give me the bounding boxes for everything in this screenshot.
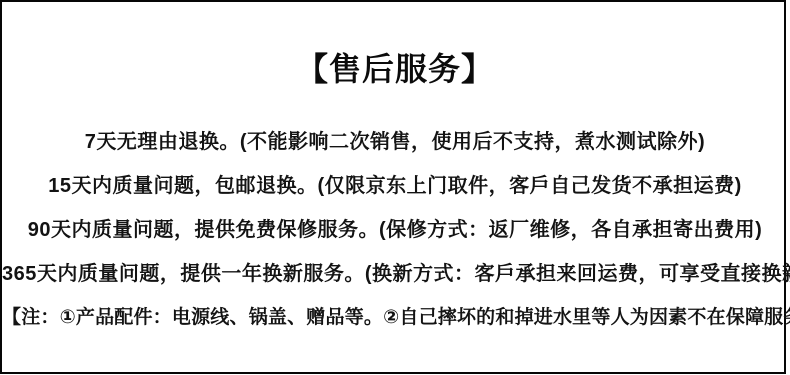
section-title: 【售后服务】 [2, 50, 788, 88]
policy-line-7day: 7天无理由退换。(不能影响二次销售，使用后不支持，煮水测试除外) [2, 130, 788, 154]
after-sales-panel: 【售后服务】 7天无理由退换。(不能影响二次销售，使用后不支持，煮水测试除外) … [0, 0, 786, 374]
policy-line-15day: 15天内质量问题，包邮退换。(仅限京东上门取件，客戶自己发货不承担运费) [2, 174, 788, 198]
policy-line-365day: 365天内质量问题，提供一年换新服务。(换新方式：客戶承担来回运费，可享受直接换… [2, 262, 788, 286]
note-line: 【注：①产品配件：电源线、锅盖、赠品等。②自己摔坏的和掉进水里等人为因素不在保障… [2, 306, 788, 330]
policy-list: 7天无理由退换。(不能影响二次销售，使用后不支持，煮水测试除外) 15天内质量问… [2, 130, 788, 286]
policy-line-90day: 90天内质量问题，提供免费保修服务。(保修方式：返厂维修，各自承担寄出费用) [2, 218, 788, 242]
after-sales-content: 【售后服务】 7天无理由退换。(不能影响二次销售，使用后不支持，煮水测试除外) … [2, 2, 788, 330]
